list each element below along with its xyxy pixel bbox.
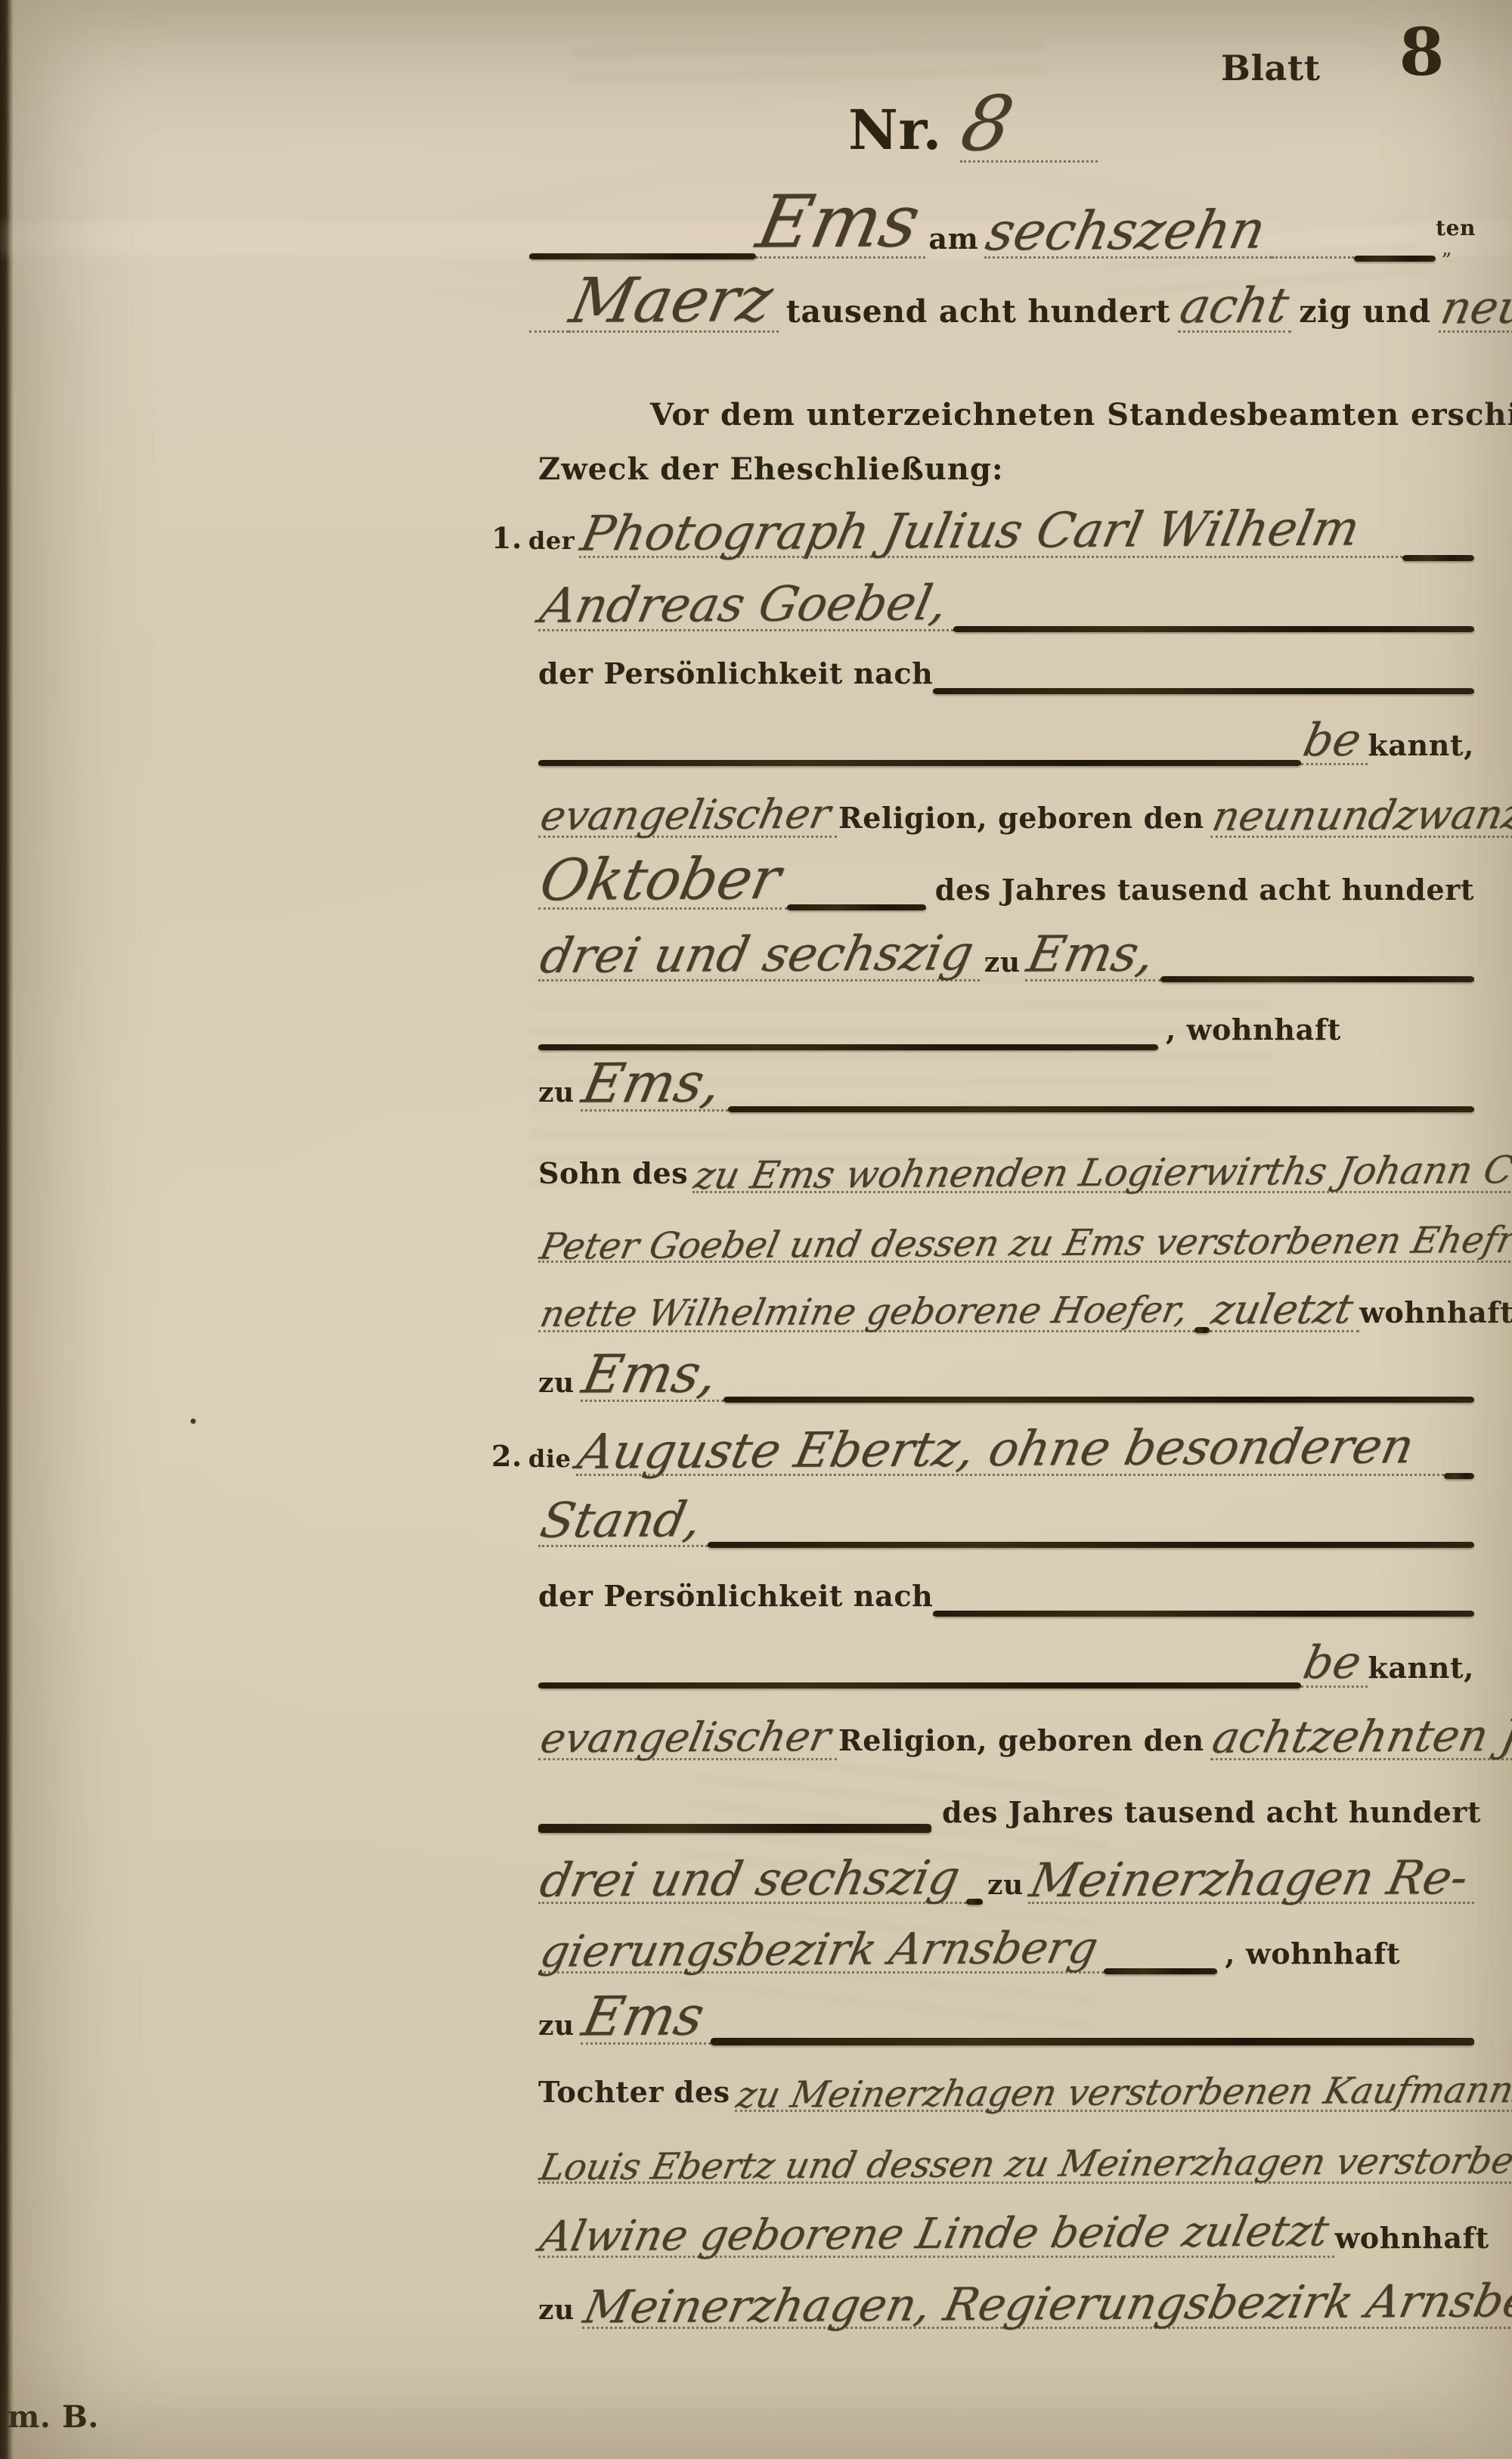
- groom-zu-printed-2: zu: [538, 1079, 581, 1112]
- bride-birthyear-row: drei und sechszig zu Meinerzhagen Re-: [538, 1826, 1474, 1904]
- groom-be-handwritten: be: [1297, 720, 1373, 764]
- blank-line: [1402, 482, 1474, 558]
- groom-name-line2-handwritten: Andreas Goebel,: [533, 581, 959, 631]
- groom-birthyear-blank: drei und sechszig: [538, 933, 980, 981]
- blank-line: [723, 1323, 1474, 1402]
- ink-stroke: [728, 1106, 1475, 1112]
- blank-line: [728, 1033, 1475, 1112]
- bride-zu-printed-3: zu: [538, 2296, 582, 2329]
- bride-last-residence-blank: Meinerzhagen, Regierungsbezirk Arnsberg.: [582, 2284, 1512, 2329]
- bride-name-row-2: Stand,: [538, 1468, 1474, 1547]
- dateline-place-day: Ems am sechszehn ten „: [529, 178, 1476, 259]
- blank-line: [933, 1560, 1474, 1616]
- groom-kannt-printed: kannt,: [1368, 731, 1474, 765]
- bride-district-row: gierungsbezirk Arnsberg , wohnhaft: [538, 1896, 1474, 1974]
- blank-line: [538, 1620, 1301, 1688]
- blank-line: [1354, 178, 1436, 259]
- sheet-header: Blatt 8: [1221, 27, 1478, 91]
- ink-stroke: [933, 1611, 1474, 1617]
- day-handwritten: sechszehn: [979, 205, 1277, 257]
- dateline-month-year: Maerz tausend acht hundert acht zig und …: [529, 259, 1476, 333]
- ink-stroke: [1160, 976, 1474, 982]
- groom-item-number: 1.: [491, 524, 522, 558]
- nr-blank: 8: [960, 89, 1098, 163]
- groom-birthyear-row: drei und sechszig zu Ems,: [538, 904, 1474, 981]
- bride-religion-printed: Religion, geboren den: [837, 1726, 1210, 1760]
- groom-father-row-1: Sohn des zu Ems wohnenden Logierwirths J…: [538, 1118, 1491, 1193]
- groom-name-blank-2: Andreas Goebel,: [538, 583, 953, 631]
- blank-line: [953, 556, 1474, 631]
- bride-father-row-2: Louis Ebertz und dessen zu Meinerzhagen …: [538, 2108, 1491, 2184]
- groom-identity-printed: der Persönlichkeit nach: [538, 659, 933, 693]
- bride-name-blank-2: Stand,: [538, 1499, 708, 1547]
- blank-line: [966, 1826, 983, 1904]
- groom-zu-printed-1: zu: [980, 949, 1025, 981]
- sheet-number: 8: [1399, 20, 1445, 91]
- blank-line: [538, 1772, 931, 1832]
- tausend-printed: tausend acht hundert: [779, 296, 1179, 333]
- groom-last-residence-blank: Ems,: [581, 1350, 724, 1402]
- bride-identity-printed: der Persönlichkeit nach: [538, 1582, 933, 1616]
- groom-name-line1-handwritten: Photograph Julius Carl Wilhelm: [574, 507, 1371, 558]
- place-handwritten: Ems: [749, 188, 933, 257]
- place-blank: Ems: [756, 188, 925, 259]
- bride-kannt-printed: kannt,: [1368, 1654, 1474, 1688]
- bride-father-blank-1: zu Meinerzhagen verstorbenen Kaufmanns u…: [735, 2075, 1512, 2112]
- groom-father-row-2: Peter Goebel und dessen zu Ems verstorbe…: [538, 1187, 1491, 1263]
- month-blank: Maerz: [569, 272, 779, 333]
- month-handwritten: Maerz: [562, 271, 785, 331]
- groom-name-blank-1: Photograph Julius Carl Wilhelm: [579, 510, 1402, 558]
- tens-handwritten: acht: [1173, 284, 1300, 331]
- blank-line: [538, 697, 1301, 765]
- bride-birthday-blank: achtzehnten Juli: [1210, 1716, 1512, 1760]
- ten-suffix-block: ten „: [1436, 218, 1476, 259]
- groom-last-residence-handwritten: Ems,: [575, 1349, 730, 1400]
- groom-birthmonth-blank: Oktober: [538, 853, 787, 910]
- groom-birthmonth-row: Oktober des Jahres tausend acht hundert: [538, 830, 1474, 910]
- bride-father-line2-handwritten: Louis Ebertz und dessen zu Meinerzhagen …: [534, 2142, 1512, 2185]
- blank-line: [1160, 904, 1474, 981]
- tens-blank: acht: [1178, 284, 1291, 333]
- ones-handwritten: neun: [1434, 287, 1512, 330]
- am-printed: am: [925, 225, 984, 259]
- bride-year-row: des Jahres tausend acht hundert: [538, 1772, 1474, 1832]
- blank-line: [787, 830, 926, 910]
- day-blank: sechszehn: [984, 206, 1272, 259]
- zig-und-printed: zig und: [1291, 296, 1438, 333]
- groom-name-row-1: 1. der Photograph Julius Carl Wilhelm: [491, 482, 1474, 558]
- bride-religion-blank: evangelischer: [538, 1719, 837, 1760]
- groom-religion-row: evangelischer Religion, geboren den neun…: [538, 762, 1474, 838]
- groom-bekannt-row: be kannt,: [538, 697, 1474, 765]
- nr-label: Nr.: [848, 103, 942, 163]
- blank-line: [933, 637, 1474, 693]
- blank-line: [1104, 1896, 1217, 1974]
- blank-line: [708, 1468, 1474, 1547]
- bride-mother-row: Alwine geborene Linde beide zuletzt wohn…: [538, 2182, 1474, 2258]
- ink-stroke: [933, 688, 1474, 694]
- record-number-row: Nr. 8: [848, 87, 1098, 163]
- groom-mother-row: nette Wilhelmine geborene Hoefer, zuletz…: [538, 1257, 1474, 1332]
- blank-line: [529, 178, 756, 259]
- groom-birthplace-blank: Ems,: [1025, 932, 1161, 981]
- form-mark: m. B.: [8, 2402, 99, 2438]
- bride-name-row-1: 2. die Auguste Ebertz, ohne besonderen: [491, 1395, 1474, 1476]
- groom-birthmonth-handwritten: Oktober: [532, 852, 792, 908]
- bride-residence-handwritten: Ems: [575, 1990, 716, 2042]
- ink-speck: [191, 1419, 196, 1424]
- bride-be-blank: be: [1301, 1642, 1368, 1688]
- ink-stroke: [953, 626, 1474, 632]
- bride-identity-row: der Persönlichkeit nach: [538, 1560, 1474, 1616]
- bride-father-line1-handwritten: zu Meinerzhagen verstorbenen Kaufmanns u…: [730, 2071, 1512, 2113]
- bride-birthday-handwritten: achtzehnten Juli: [1206, 1715, 1512, 1760]
- ones-blank: neun: [1439, 287, 1512, 333]
- groom-be-blank: be: [1301, 720, 1368, 765]
- binding-edge-shadow: [0, 0, 14, 2459]
- blank-line: [711, 1966, 1474, 2045]
- bride-residence-row: zu Ems: [538, 1966, 1474, 2045]
- groom-birthyear-handwritten: drei und sechszig: [533, 932, 984, 981]
- intro-line-1: Vor dem unterzeichneten Standesbeamten e…: [650, 400, 1512, 436]
- bride-bekannt-row: be kannt,: [538, 1620, 1474, 1688]
- ten-suffix: ten: [1436, 218, 1476, 239]
- blank-line: [1444, 1395, 1474, 1476]
- groom-residence-blank: Ems,: [581, 1058, 728, 1112]
- ditto-mark: „: [1436, 239, 1452, 259]
- bride-religion-handwritten: evangelischer: [534, 1718, 841, 1759]
- blank-line: [1272, 178, 1354, 259]
- groom-birthplace-handwritten: Ems,: [1020, 932, 1166, 980]
- bride-father-blank-2: Louis Ebertz und dessen zu Meinerzhagen …: [538, 2147, 1512, 2184]
- blank-line: [529, 259, 569, 333]
- bride-name-line2-handwritten: Stand,: [534, 1498, 713, 1545]
- nr-value-handwritten: 8: [953, 89, 1026, 161]
- blatt-label: Blatt: [1221, 51, 1321, 91]
- groom-article-printed: der: [522, 529, 579, 558]
- bride-religion-row: evangelischer Religion, geboren den acht…: [538, 1685, 1474, 1760]
- footer-row: m. B.: [8, 2395, 204, 2438]
- bride-tochter-printed: Tochter des: [538, 2078, 735, 2112]
- bride-last-residence-row: zu Meinerzhagen, Regierungsbezirk Arnsbe…: [538, 2252, 1474, 2329]
- groom-name-row-2: Andreas Goebel,: [538, 556, 1474, 631]
- groom-last-residence-row: zu Ems,: [538, 1323, 1474, 1402]
- groom-residence-handwritten: Ems,: [575, 1057, 733, 1110]
- bride-father-row-1: Tochter des zu Meinerzhagen verstorbenen…: [538, 2036, 1491, 2112]
- bride-be-handwritten: be: [1297, 1642, 1373, 1686]
- bride-item-number: 2.: [491, 1442, 522, 1476]
- groom-identity-row: der Persönlichkeit nach: [538, 637, 1474, 693]
- groom-residence-row: zu Ems,: [538, 1033, 1474, 1112]
- intro-row-1: Vor dem unterzeichneten Standesbeamten e…: [650, 392, 1474, 436]
- registry-document-page: Blatt 8 Nr. 8 Ems am sechszehn ten „ Mae…: [0, 0, 1512, 2459]
- bride-last-residence-handwritten: Meinerzhagen, Regierungsbezirk Arnsberg.: [577, 2280, 1512, 2330]
- ink-stroke: [708, 1542, 1474, 1548]
